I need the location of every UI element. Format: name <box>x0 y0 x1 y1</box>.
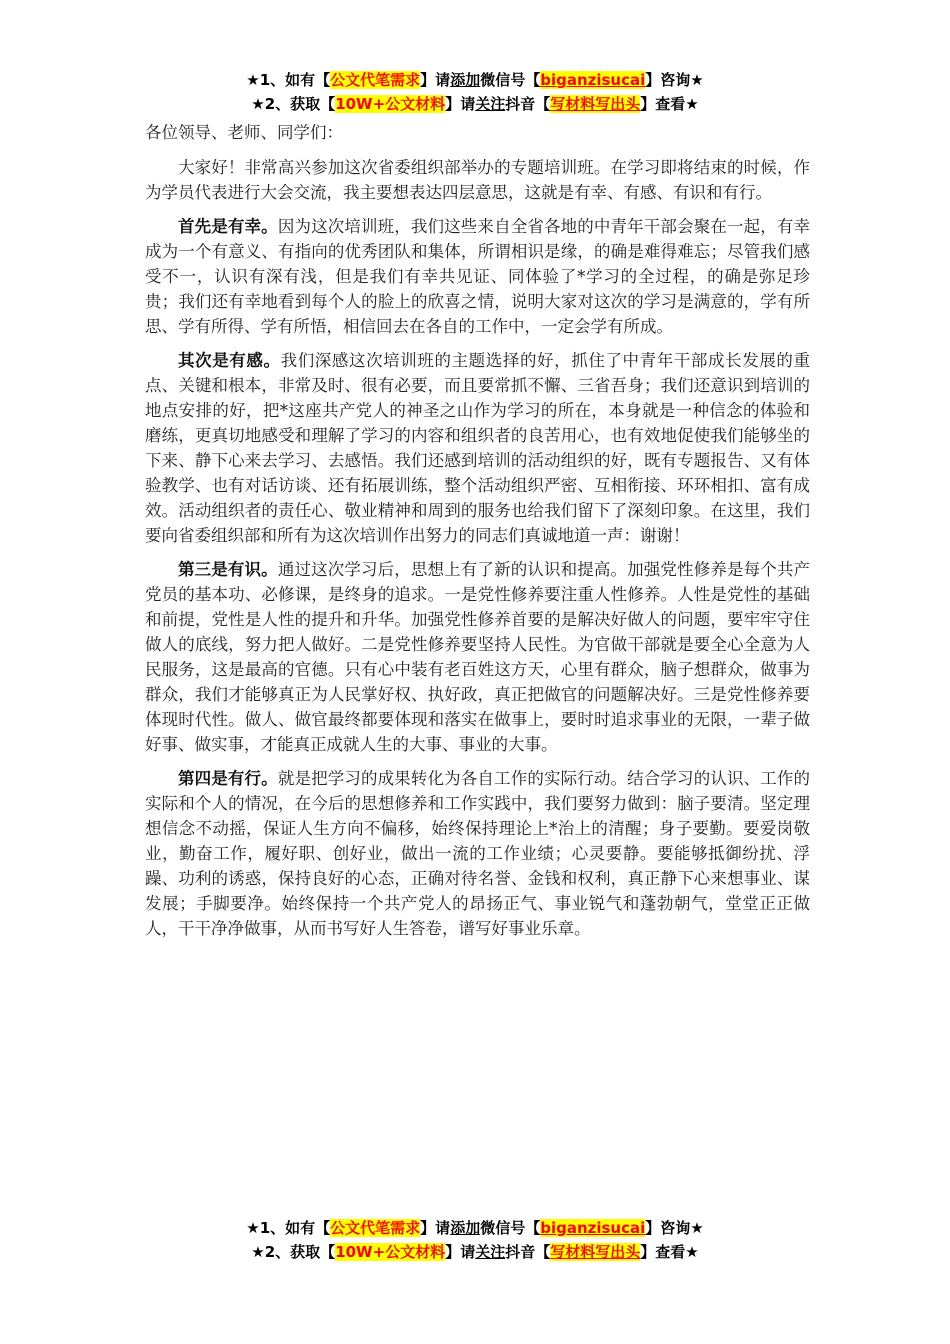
header-banner: ★1、如有【公文代笔需求】请添加微信号【biganzisucai】咨询★ ★2、… <box>0 68 950 116</box>
banner-text: ★1、如有【 <box>246 71 330 89</box>
document-body: 各位领导、老师、同学们： 大家好！非常高兴参加这次省委组织部举办的专题培训班。在… <box>145 120 810 950</box>
banner-text: 微信号【 <box>480 71 540 89</box>
paragraph-fortunate: 首先是有幸。因为这次培训班，我们这些来自全省各地的中青年干部会聚在一起，有幸成为… <box>145 214 810 339</box>
highlight-service: 公文代笔需求 <box>330 71 420 89</box>
underlined-follow: 关注 <box>475 1243 505 1261</box>
paragraph-text: 通过这次学习后，思想上有了新的认识和提高。加强党性修养是每个共产党员的基本功、必… <box>145 560 810 754</box>
paragraph-greeting: 大家好！非常高兴参加这次省委组织部举办的专题培训班。在学习即将结束的时候，作为学… <box>145 155 810 205</box>
banner-text: 抖音【 <box>505 95 550 113</box>
footer-banner: ★1、如有【公文代笔需求】请添加微信号【biganzisucai】咨询★ ★2、… <box>0 1216 950 1264</box>
paragraph-text: 就是把学习的成果转化为各自工作的实际行动。结合学习的认识、工作的实际和个人的情况… <box>145 769 810 938</box>
underlined-add: 添加 <box>450 1219 480 1237</box>
paragraph-lead: 其次是有感。 <box>178 351 281 370</box>
banner-text: 】请 <box>445 1243 475 1261</box>
banner-text: 】咨询★ <box>645 1219 703 1237</box>
banner-line-1: ★1、如有【公文代笔需求】请添加微信号【biganzisucai】咨询★ <box>0 68 950 92</box>
highlight-wechat-id: biganzisucai <box>540 1219 645 1237</box>
banner-text: 】查看★ <box>640 95 698 113</box>
paragraph-insights: 第三是有识。通过这次学习后，思想上有了新的认识和提高。加强党性修养是每个共产党员… <box>145 557 810 757</box>
banner-text: 】请 <box>420 1219 450 1237</box>
paragraph-text: 大家好！非常高兴参加这次省委组织部举办的专题培训班。在学习即将结束的时候，作为学… <box>145 158 810 202</box>
banner-line-2: ★2、获取【10W+公文材料】请关注抖音【写材料写出头】查看★ <box>0 92 950 116</box>
banner-text: ★2、获取【 <box>251 95 335 113</box>
banner-text: 】请 <box>420 71 450 89</box>
paragraph-actions: 第四是有行。就是把学习的成果转化为各自工作的实际行动。结合学习的认识、工作的实际… <box>145 766 810 941</box>
paragraph-feelings: 其次是有感。我们深感这次培训班的主题选择的好，抓住了中青年干部成长发展的重点、关… <box>145 348 810 548</box>
banner-text: 】咨询★ <box>645 71 703 89</box>
document-page: ★1、如有【公文代笔需求】请添加微信号【biganzisucai】咨询★ ★2、… <box>0 0 950 1344</box>
highlight-douyin-account: 写材料写出头 <box>550 1243 640 1261</box>
highlight-service: 公文代笔需求 <box>330 1219 420 1237</box>
underlined-add: 添加 <box>450 71 480 89</box>
banner-text: 】请 <box>445 95 475 113</box>
paragraph-text: 我们深感这次培训班的主题选择的好，抓住了中青年干部成长发展的重点、关键和根本，非… <box>145 351 810 545</box>
banner-text: 抖音【 <box>505 1243 550 1261</box>
underlined-follow: 关注 <box>475 95 505 113</box>
paragraph-lead: 首先是有幸。 <box>178 217 278 236</box>
banner-text: 】查看★ <box>640 1243 698 1261</box>
banner-line-1: ★1、如有【公文代笔需求】请添加微信号【biganzisucai】咨询★ <box>0 1216 950 1240</box>
banner-text: 微信号【 <box>480 1219 540 1237</box>
paragraph-lead: 第四是有行。 <box>178 769 278 788</box>
highlight-wechat-id: biganzisucai <box>540 71 645 89</box>
banner-line-2: ★2、获取【10W+公文材料】请关注抖音【写材料写出头】查看★ <box>0 1240 950 1264</box>
highlight-materials: 10W+公文材料 <box>335 1243 445 1261</box>
salutation: 各位领导、老师、同学们： <box>145 120 810 145</box>
banner-text: ★2、获取【 <box>251 1243 335 1261</box>
highlight-douyin-account: 写材料写出头 <box>550 95 640 113</box>
banner-text: ★1、如有【 <box>246 1219 330 1237</box>
highlight-materials: 10W+公文材料 <box>335 95 445 113</box>
paragraph-lead: 第三是有识。 <box>178 560 278 579</box>
